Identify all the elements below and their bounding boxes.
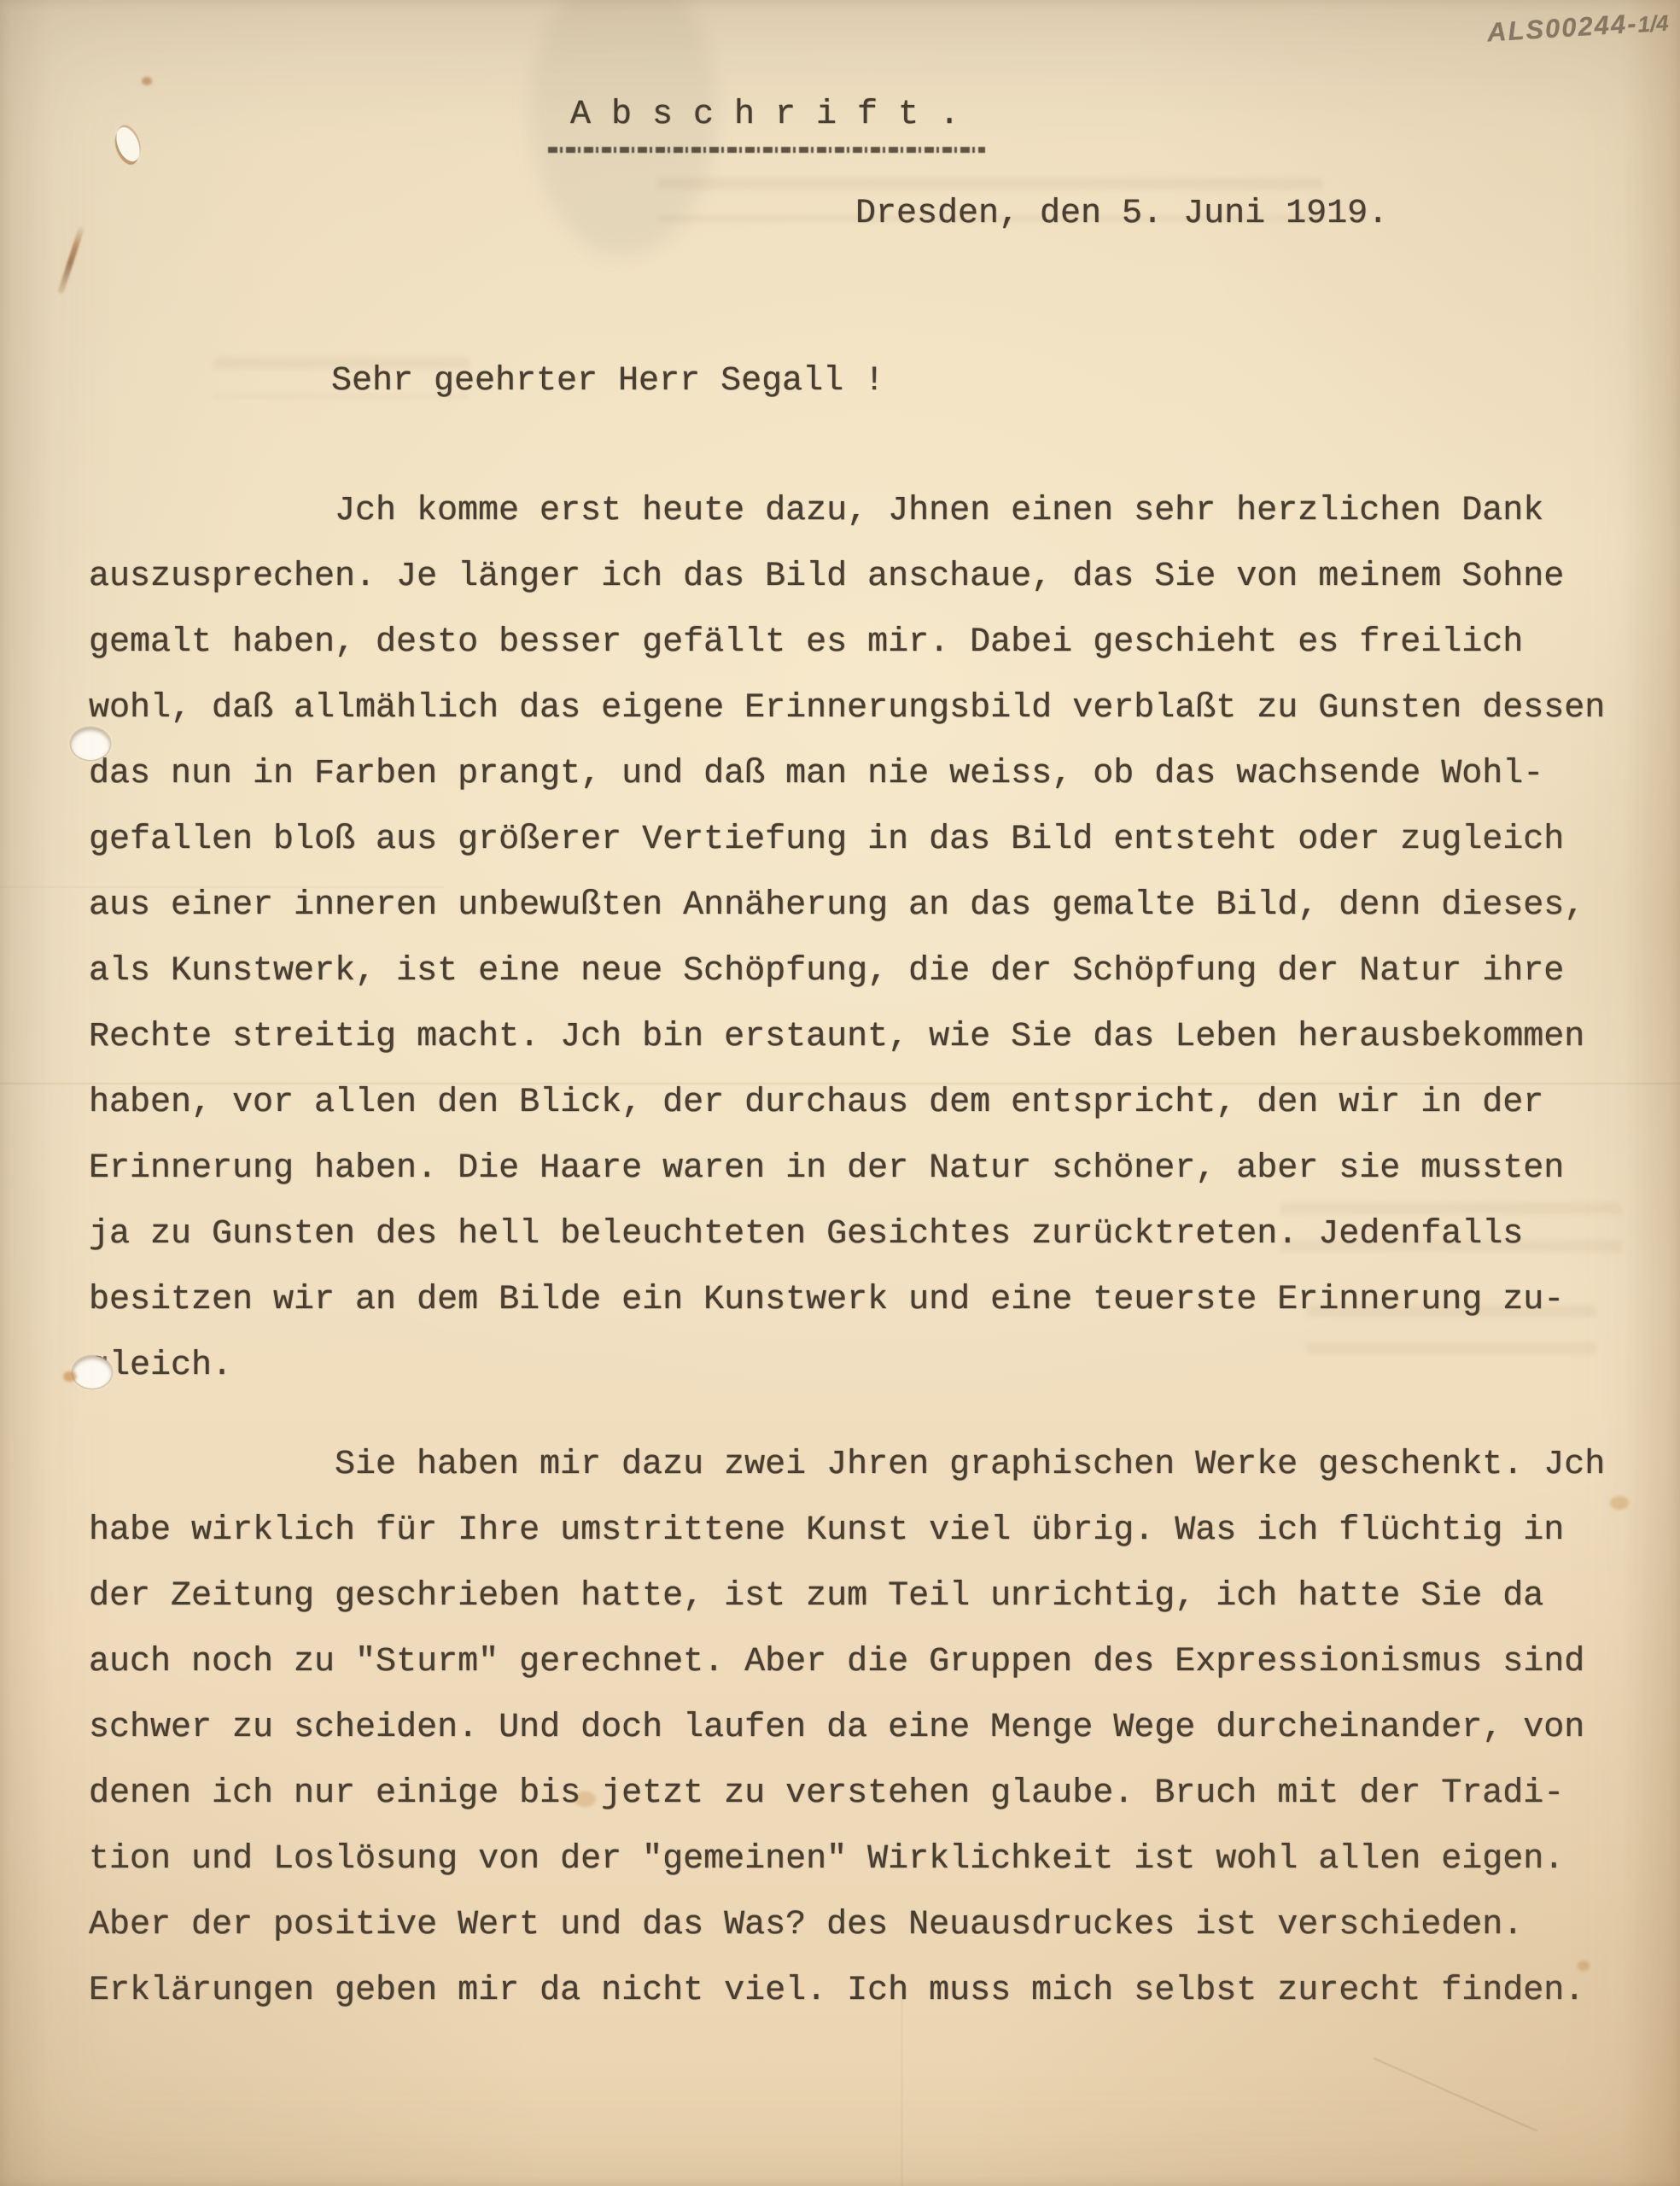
- text-line: als Kunstwerk, ist eine neue Schöpfung, …: [89, 938, 1625, 1004]
- text-line: das nun in Farben prangt, und daß man ni…: [89, 741, 1625, 807]
- punch-hole-rust: [63, 1371, 77, 1382]
- document-title: A b s c h r i f t .: [570, 82, 960, 148]
- text-line: aus einer inneren unbewußten Annäherung …: [89, 873, 1625, 938]
- text-line: wohl, daß allmählich das eigene Erinneru…: [89, 675, 1625, 741]
- text-line: habe wirklich für Ihre umstrittene Kunst…: [89, 1498, 1625, 1564]
- dateline: Dresden, den 5. Juni 1919.: [855, 181, 1388, 247]
- text-line: ja zu Gunsten des hell beleuchteten Gesi…: [89, 1201, 1625, 1267]
- text-line: Erklärungen geben mir da nicht viel. Ich…: [89, 1958, 1625, 2024]
- title-underline: [548, 147, 985, 153]
- text-line: tion und Loslösung von der "gemeinen" Wi…: [89, 1827, 1625, 1892]
- archive-annotation: ALS00244-1/4: [1486, 7, 1669, 49]
- text-line: schwer zu scheiden. Und doch laufen da e…: [89, 1695, 1625, 1761]
- paper-tear: [112, 124, 144, 165]
- text-line: Rechte streitig macht. Jch bin erstaunt,…: [89, 1004, 1625, 1070]
- letter-body: Jch komme erst heute dazu, Jhnen einen s…: [89, 478, 1625, 2057]
- salutation: Sehr geehrter Herr Segall !: [89, 348, 884, 414]
- text-line: der Zeitung geschrieben hatte, ist zum T…: [89, 1564, 1625, 1629]
- text-line: auch noch zu "Sturm" gerechnet. Aber die…: [89, 1629, 1625, 1695]
- archive-code: ALS00244-: [1486, 9, 1638, 48]
- text-line: haben, vor allen den Blick, der durchaus…: [89, 1070, 1625, 1136]
- text-line: auszusprechen. Je länger ich das Bild an…: [89, 544, 1625, 610]
- text-line: Jch komme erst heute dazu, Jhnen einen s…: [89, 478, 1625, 544]
- text-line: gleich.: [89, 1333, 1625, 1399]
- text-line: gemalt haben, desto besser gefällt es mi…: [89, 610, 1625, 675]
- archive-page-fraction: 1/4: [1637, 10, 1670, 38]
- scanned-letter-page: A b s c h r i f t . Dresden, den 5. Juni…: [0, 0, 1680, 2186]
- text-line: Erinnerung haben. Die Haare waren in der…: [89, 1136, 1625, 1201]
- text-line: Sie haben mir dazu zwei Jhren graphische…: [89, 1432, 1625, 1498]
- scratch-mark: [1374, 2057, 1538, 2131]
- foxing-spot: [142, 77, 152, 85]
- paragraph: Jch komme erst heute dazu, Jhnen einen s…: [89, 478, 1625, 1399]
- text-line: Aber der positive Wert und das Was? des …: [89, 1892, 1625, 1958]
- text-line: gefallen bloß aus größerer Vertiefung in…: [89, 807, 1625, 873]
- paragraph: Sie haben mir dazu zwei Jhren graphische…: [89, 1432, 1625, 2024]
- text-line: denen ich nur einige bis jetzt zu verste…: [89, 1761, 1625, 1827]
- text-line: besitzen wir an dem Bilde ein Kunstwerk …: [89, 1267, 1625, 1333]
- rust-streak: [57, 225, 85, 295]
